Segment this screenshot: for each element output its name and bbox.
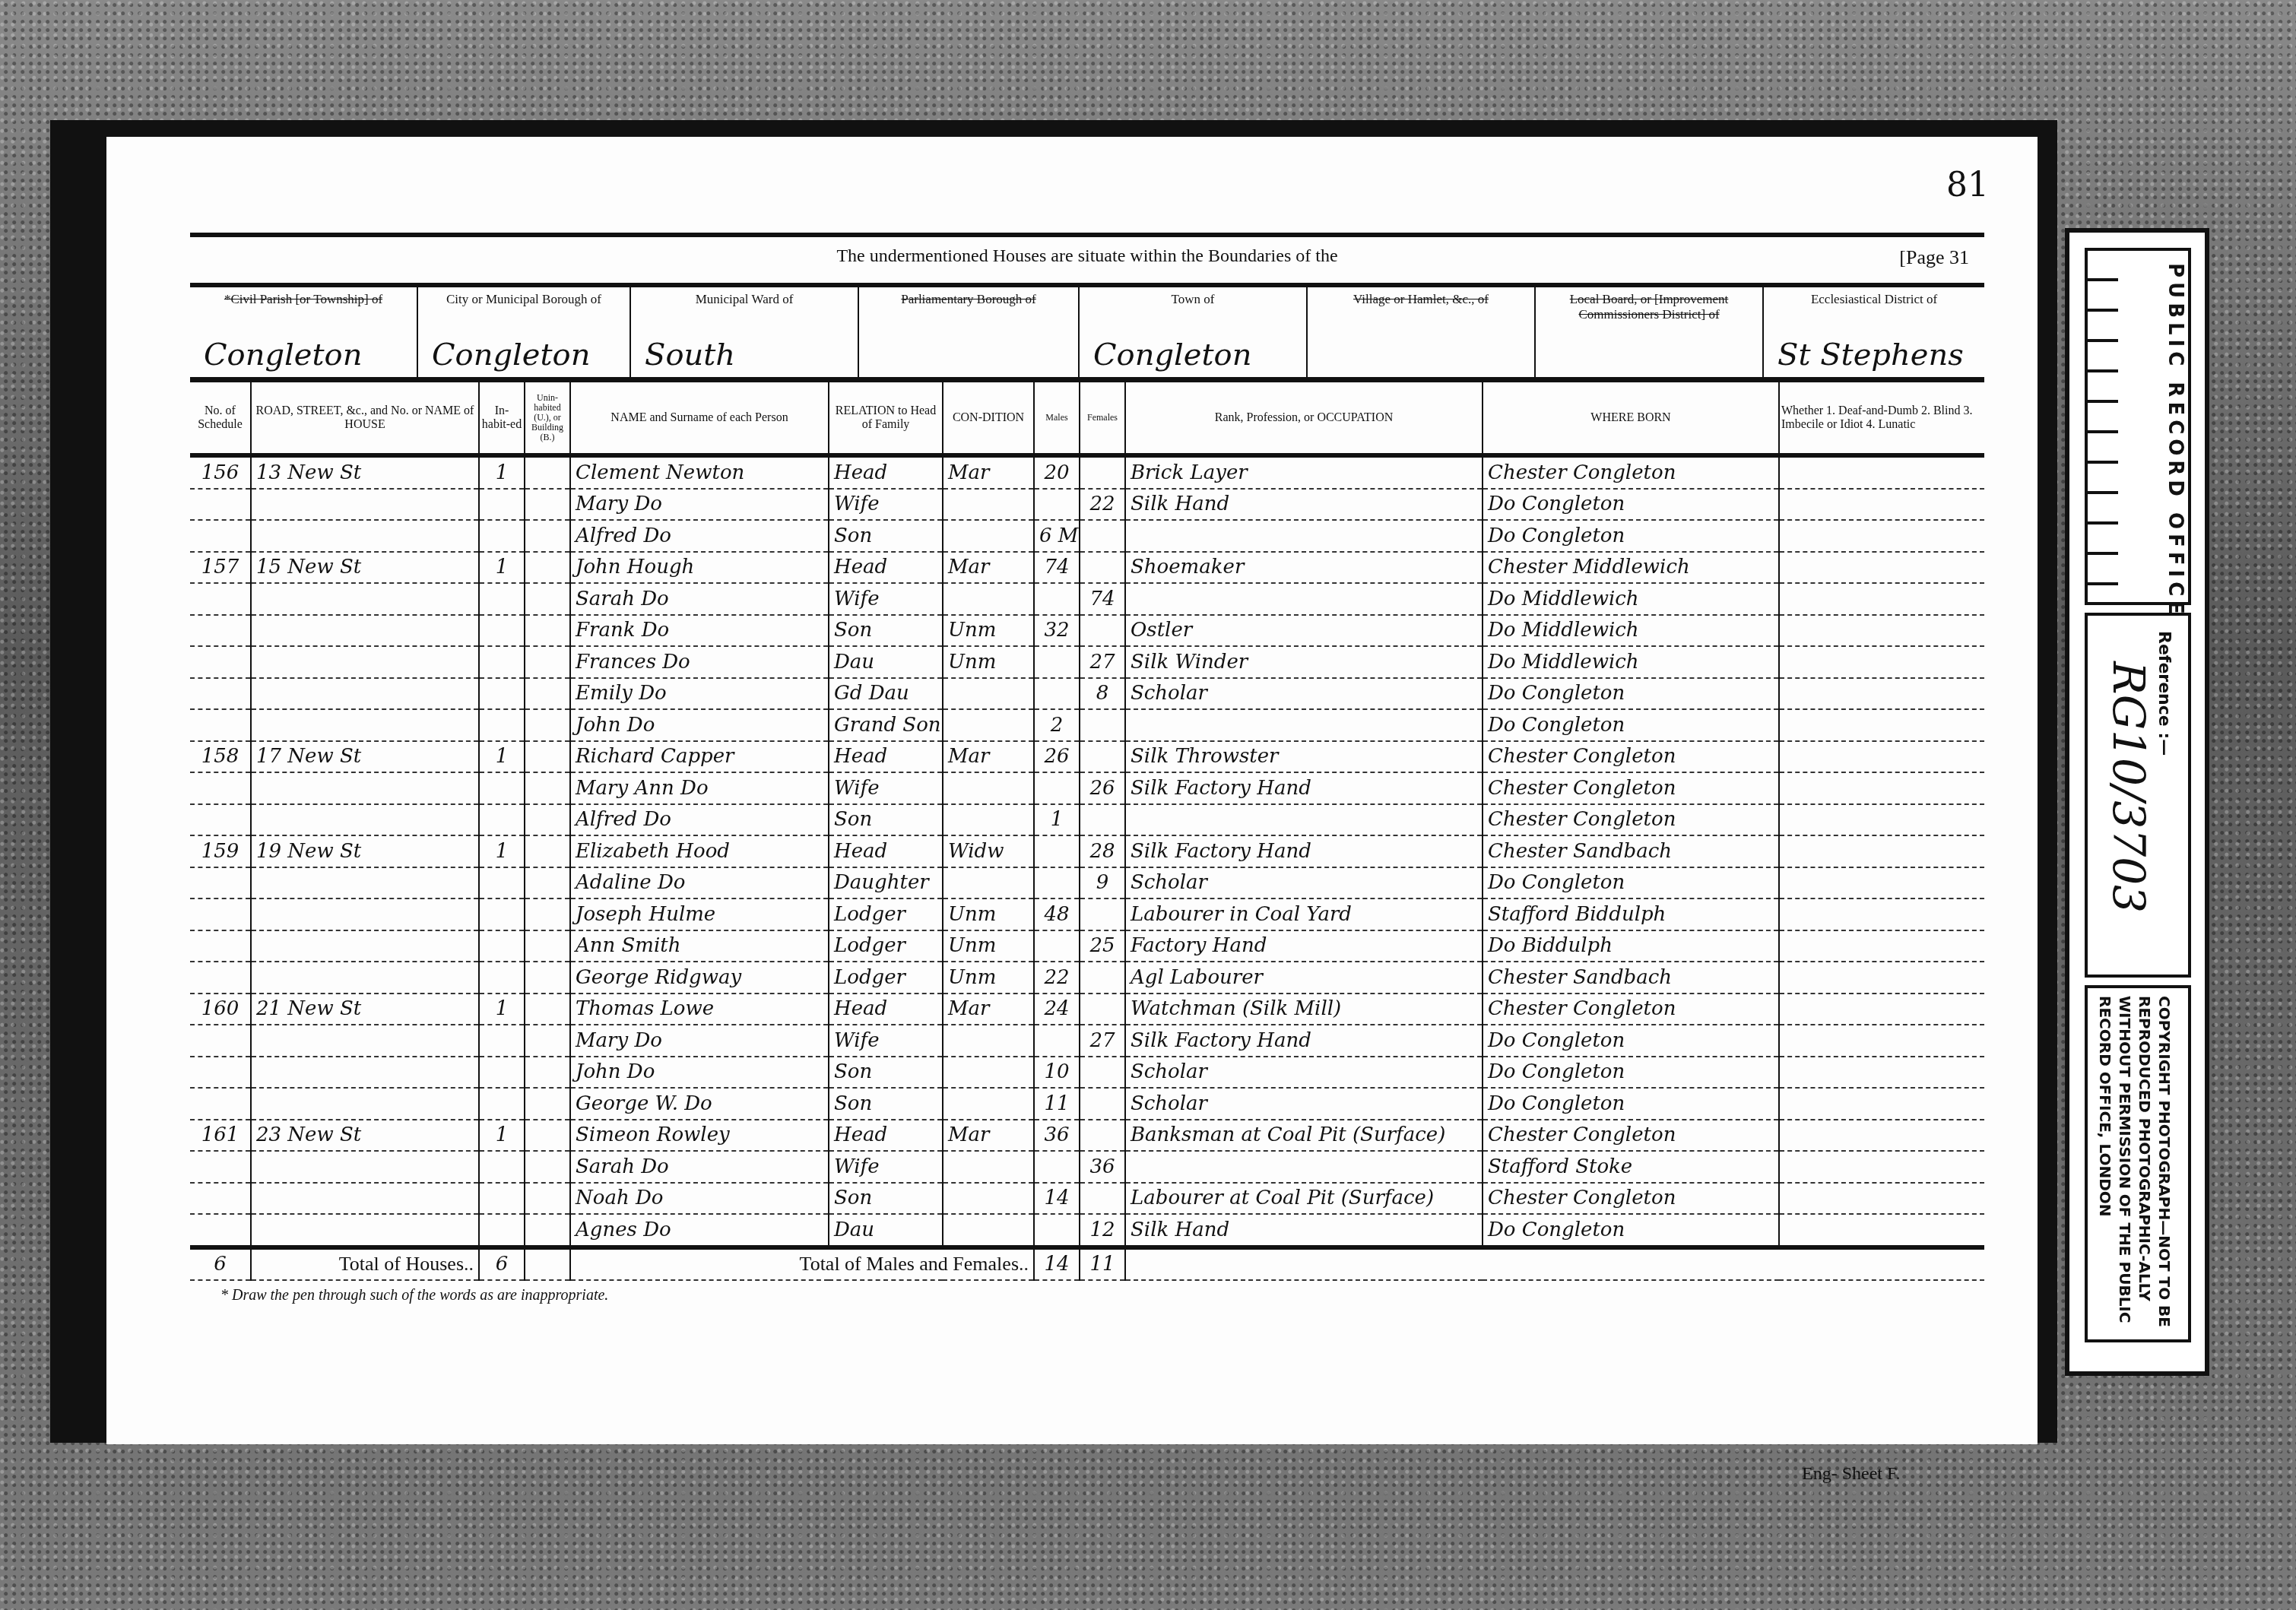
condition bbox=[943, 867, 1034, 899]
relation: Son bbox=[829, 615, 943, 647]
col-where-born: WHERE BORN bbox=[1483, 382, 1779, 455]
condition bbox=[943, 1214, 1034, 1247]
infirmity bbox=[1779, 772, 1984, 804]
female-age: 8 bbox=[1080, 678, 1125, 710]
table-row: 15613 New St1Clement NewtonHeadMar20Bric… bbox=[190, 455, 1984, 489]
birthplace: Do Congleton bbox=[1483, 1025, 1779, 1057]
birthplace: Chester Sandbach bbox=[1483, 962, 1779, 994]
inhabited-mark bbox=[479, 1151, 525, 1183]
copyright-notice: COPYRIGHT PHOTOGRAPH—NOT TO BE REPRODUCE… bbox=[2095, 996, 2174, 1339]
schedule-no bbox=[190, 615, 251, 647]
col-occupation: Rank, Profession, or OCCUPATION bbox=[1125, 382, 1483, 455]
boundary-cell: Village or Hamlet, &c., of bbox=[1308, 287, 1536, 377]
condition bbox=[943, 804, 1034, 836]
inhabited-mark bbox=[479, 709, 525, 741]
person-name: John Do bbox=[570, 709, 829, 741]
road-address bbox=[251, 1088, 479, 1120]
table-row: Alfred DoSon1Chester Congleton bbox=[190, 804, 1984, 836]
schedule-no bbox=[190, 772, 251, 804]
uninhabited-mark bbox=[525, 520, 570, 552]
infirmity bbox=[1779, 930, 1984, 962]
table-row: Emily DoGd Dau8ScholarDo Congleton bbox=[190, 678, 1984, 710]
reference-value: RG10/3703 bbox=[2103, 661, 2155, 913]
infirmity bbox=[1779, 615, 1984, 647]
occupation: Silk Winder bbox=[1125, 646, 1483, 678]
infirmity bbox=[1779, 1088, 1984, 1120]
condition bbox=[943, 1025, 1034, 1057]
male-age bbox=[1034, 1214, 1080, 1247]
road-address bbox=[251, 520, 479, 552]
schedule-no bbox=[190, 1088, 251, 1120]
road-address bbox=[251, 489, 479, 521]
infirmity bbox=[1779, 1120, 1984, 1152]
schedule-no: 159 bbox=[190, 835, 251, 867]
table-row: Noah DoSon14Labourer at Coal Pit (Surfac… bbox=[190, 1183, 1984, 1215]
uninhabited-mark bbox=[525, 1151, 570, 1183]
road-address: 23 New St bbox=[251, 1120, 479, 1152]
condition bbox=[943, 1057, 1034, 1089]
inhabited-mark: 1 bbox=[479, 741, 525, 773]
uninhabited-mark bbox=[525, 804, 570, 836]
birthplace: Do Middlewich bbox=[1483, 583, 1779, 615]
uninhabited-mark bbox=[525, 930, 570, 962]
male-age: 48 bbox=[1034, 898, 1080, 930]
condition: Unm bbox=[943, 930, 1034, 962]
inhabited-mark bbox=[479, 520, 525, 552]
boundary-cell: *Civil Parish [or Township] ofCongleton bbox=[190, 287, 418, 377]
road-address: 19 New St bbox=[251, 835, 479, 867]
male-age: 10 bbox=[1034, 1057, 1080, 1089]
birthplace: Do Congleton bbox=[1483, 709, 1779, 741]
uninhabited-mark bbox=[525, 489, 570, 521]
female-age bbox=[1080, 741, 1125, 773]
male-age bbox=[1034, 1025, 1080, 1057]
condition: Unm bbox=[943, 898, 1034, 930]
relation: Wife bbox=[829, 1025, 943, 1057]
female-age: 22 bbox=[1080, 489, 1125, 521]
person-name: Thomas Lowe bbox=[570, 994, 829, 1025]
schedule-no bbox=[190, 646, 251, 678]
schedule-no: 158 bbox=[190, 741, 251, 773]
reference-box: Reference :— RG10/3703 bbox=[2085, 613, 2191, 978]
inhabited-mark bbox=[479, 1088, 525, 1120]
relation: Wife bbox=[829, 1151, 943, 1183]
female-age bbox=[1080, 552, 1125, 584]
uninhabited-mark bbox=[525, 741, 570, 773]
boundary-cell: Parliamentary Borough of bbox=[859, 287, 1080, 377]
infirmity bbox=[1779, 646, 1984, 678]
birthplace: Do Middlewich bbox=[1483, 615, 1779, 647]
uninhabited-mark bbox=[525, 1088, 570, 1120]
person-name: Sarah Do bbox=[570, 583, 829, 615]
relation: Wife bbox=[829, 489, 943, 521]
person-name: Clement Newton bbox=[570, 455, 829, 489]
relation: Head bbox=[829, 455, 943, 489]
table-row: Frank DoSonUnm32OstlerDo Middlewich bbox=[190, 615, 1984, 647]
table-row: Ann SmithLodgerUnm25Factory HandDo Biddu… bbox=[190, 930, 1984, 962]
inhabited-mark: 1 bbox=[479, 552, 525, 584]
total-males: 14 bbox=[1034, 1247, 1080, 1281]
total-persons-label: Total of Males and Females.. bbox=[570, 1247, 1034, 1281]
female-age bbox=[1080, 1183, 1125, 1215]
occupation: Scholar bbox=[1125, 1088, 1483, 1120]
inhabited-mark bbox=[479, 646, 525, 678]
relation: Son bbox=[829, 520, 943, 552]
person-name: Alfred Do bbox=[570, 520, 829, 552]
census-table: No. of Schedule ROAD, STREET, &c., and N… bbox=[190, 382, 1984, 1281]
birthplace: Do Congleton bbox=[1483, 867, 1779, 899]
uninhabited-mark bbox=[525, 835, 570, 867]
relation: Son bbox=[829, 1183, 943, 1215]
female-age bbox=[1080, 615, 1125, 647]
birthplace: Do Middlewich bbox=[1483, 646, 1779, 678]
condition bbox=[943, 583, 1034, 615]
female-age bbox=[1080, 1120, 1125, 1152]
road-address: 21 New St bbox=[251, 994, 479, 1025]
birthplace: Stafford Biddulph bbox=[1483, 898, 1779, 930]
female-age bbox=[1080, 994, 1125, 1025]
inhabited-mark bbox=[479, 1057, 525, 1089]
table-row: George W. DoSon11ScholarDo Congleton bbox=[190, 1088, 1984, 1120]
relation: Son bbox=[829, 1088, 943, 1120]
inhabited-mark: 1 bbox=[479, 455, 525, 489]
birthplace: Chester Congleton bbox=[1483, 741, 1779, 773]
female-age: 28 bbox=[1080, 835, 1125, 867]
person-name: Sarah Do bbox=[570, 1151, 829, 1183]
road-address bbox=[251, 678, 479, 710]
condition bbox=[943, 1151, 1034, 1183]
relation: Dau bbox=[829, 1214, 943, 1247]
condition bbox=[943, 1088, 1034, 1120]
table-row: Agnes DoDau12Silk HandDo Congleton bbox=[190, 1214, 1984, 1247]
infirmity bbox=[1779, 520, 1984, 552]
table-row: Alfred DoSon6 MosDo Congleton bbox=[190, 520, 1984, 552]
female-age bbox=[1080, 520, 1125, 552]
road-address bbox=[251, 772, 479, 804]
road-address bbox=[251, 1183, 479, 1215]
condition bbox=[943, 1183, 1034, 1215]
birthplace: Do Biddulph bbox=[1483, 930, 1779, 962]
inhabited-mark: 1 bbox=[479, 1120, 525, 1152]
footnote: * Draw the pen through such of the words… bbox=[220, 1287, 1984, 1304]
male-age bbox=[1034, 646, 1080, 678]
inhabited-mark bbox=[479, 1025, 525, 1057]
uninhabited-mark bbox=[525, 1183, 570, 1215]
male-age bbox=[1034, 583, 1080, 615]
male-age: 24 bbox=[1034, 994, 1080, 1025]
birthplace: Do Congleton bbox=[1483, 678, 1779, 710]
schedule-no bbox=[190, 867, 251, 899]
birthplace: Stafford Stoke bbox=[1483, 1151, 1779, 1183]
record-office-slip: PUBLIC RECORD OFFICE Reference :— RG10/3… bbox=[2065, 228, 2209, 1376]
road-address bbox=[251, 1057, 479, 1089]
birthplace: Do Congleton bbox=[1483, 520, 1779, 552]
relation: Head bbox=[829, 741, 943, 773]
table-row: 16021 New St1Thomas LoweHeadMar24Watchma… bbox=[190, 994, 1984, 1025]
female-age bbox=[1080, 804, 1125, 836]
schedule-no bbox=[190, 898, 251, 930]
person-name: Elizabeth Hood bbox=[570, 835, 829, 867]
schedule-no bbox=[190, 1214, 251, 1247]
occupation: Agl Labourer bbox=[1125, 962, 1483, 994]
road-address bbox=[251, 962, 479, 994]
male-age: 11 bbox=[1034, 1088, 1080, 1120]
infirmity bbox=[1779, 709, 1984, 741]
boundary-label: Municipal Ward of bbox=[634, 292, 855, 307]
uninhabited-mark bbox=[525, 646, 570, 678]
total-females: 11 bbox=[1080, 1247, 1125, 1281]
birthplace: Do Congleton bbox=[1483, 1088, 1779, 1120]
inhabited-mark bbox=[479, 867, 525, 899]
relation: Son bbox=[829, 1057, 943, 1089]
relation: Daughter bbox=[829, 867, 943, 899]
condition bbox=[943, 772, 1034, 804]
female-age: 27 bbox=[1080, 646, 1125, 678]
person-name: Emily Do bbox=[570, 678, 829, 710]
infirmity bbox=[1779, 583, 1984, 615]
uninhabited-mark bbox=[525, 962, 570, 994]
condition bbox=[943, 678, 1034, 710]
infirmity bbox=[1779, 962, 1984, 994]
table-row: 15817 New St1Richard CapperHeadMar26Silk… bbox=[190, 741, 1984, 773]
table-row: Sarah DoWife36Stafford Stoke bbox=[190, 1151, 1984, 1183]
occupation: Scholar bbox=[1125, 867, 1483, 899]
col-infirmity: Whether 1. Deaf-and-Dumb 2. Blind 3. Imb… bbox=[1779, 382, 1984, 455]
female-age: 26 bbox=[1080, 772, 1125, 804]
occupation: Scholar bbox=[1125, 1057, 1483, 1089]
infirmity bbox=[1779, 1151, 1984, 1183]
relation: Lodger bbox=[829, 962, 943, 994]
condition: Unm bbox=[943, 615, 1034, 647]
infirmity bbox=[1779, 867, 1984, 899]
person-name: Joseph Hulme bbox=[570, 898, 829, 930]
road-address bbox=[251, 583, 479, 615]
occupation: Silk Factory Hand bbox=[1125, 835, 1483, 867]
uninhabited-mark bbox=[525, 1120, 570, 1152]
road-address bbox=[251, 615, 479, 647]
col-females: Females bbox=[1080, 382, 1125, 455]
female-age bbox=[1080, 1088, 1125, 1120]
schedule-no bbox=[190, 489, 251, 521]
schedule-no bbox=[190, 520, 251, 552]
male-age bbox=[1034, 835, 1080, 867]
boundary-label: Village or Hamlet, &c., of bbox=[1311, 292, 1531, 307]
road-address: 17 New St bbox=[251, 741, 479, 773]
uninhabited-mark bbox=[525, 615, 570, 647]
uninhabited-mark bbox=[525, 583, 570, 615]
inhabited-mark bbox=[479, 1183, 525, 1215]
person-name: John Hough bbox=[570, 552, 829, 584]
condition: Unm bbox=[943, 646, 1034, 678]
col-schedule: No. of Schedule bbox=[190, 382, 251, 455]
road-address bbox=[251, 646, 479, 678]
relation: Head bbox=[829, 835, 943, 867]
occupation bbox=[1125, 1151, 1483, 1183]
inhabited-mark bbox=[479, 898, 525, 930]
occupation: Silk Hand bbox=[1125, 489, 1483, 521]
condition: Mar bbox=[943, 994, 1034, 1025]
infirmity bbox=[1779, 1057, 1984, 1089]
table-row: Adaline DoDaughter9ScholarDo Congleton bbox=[190, 867, 1984, 899]
col-name: NAME and Surname of each Person bbox=[570, 382, 829, 455]
table-row: Mary DoWife27Silk Factory HandDo Conglet… bbox=[190, 1025, 1984, 1057]
condition: Mar bbox=[943, 1120, 1034, 1152]
schedule-no bbox=[190, 804, 251, 836]
birthplace: Chester Sandbach bbox=[1483, 835, 1779, 867]
inhabited-mark bbox=[479, 962, 525, 994]
person-name: George Ridgway bbox=[570, 962, 829, 994]
male-age bbox=[1034, 1151, 1080, 1183]
condition: Unm bbox=[943, 962, 1034, 994]
census-sheet: The undermentioned Houses are situate wi… bbox=[190, 233, 1984, 1304]
inhabited-mark bbox=[479, 804, 525, 836]
boundary-label: Ecclesiastical District of bbox=[1767, 292, 1981, 307]
male-age: 6 Mos bbox=[1034, 520, 1080, 552]
female-age: 27 bbox=[1080, 1025, 1125, 1057]
relation: Wife bbox=[829, 583, 943, 615]
person-name: Simeon Rowley bbox=[570, 1120, 829, 1152]
reference-label: Reference :— bbox=[2155, 631, 2174, 756]
occupation: Silk Throwster bbox=[1125, 741, 1483, 773]
uninhabited-mark bbox=[525, 1057, 570, 1089]
boundary-label: *Civil Parish [or Township] of bbox=[193, 292, 414, 307]
page-stamp: 81 bbox=[1946, 166, 1989, 204]
col-condition: CON-DITION bbox=[943, 382, 1034, 455]
occupation: Silk Factory Hand bbox=[1125, 772, 1483, 804]
table-row: George RidgwayLodgerUnm22Agl LabourerChe… bbox=[190, 962, 1984, 994]
total-schedules: 6 bbox=[190, 1247, 251, 1281]
uninhabited-mark bbox=[525, 678, 570, 710]
schedule-no bbox=[190, 930, 251, 962]
female-age bbox=[1080, 962, 1125, 994]
schedule-no bbox=[190, 678, 251, 710]
female-age bbox=[1080, 455, 1125, 489]
boundary-value: St Stephens bbox=[1777, 338, 1964, 372]
boundary-value: Congleton bbox=[204, 338, 362, 372]
occupation: Banksman at Coal Pit (Surface) bbox=[1125, 1120, 1483, 1152]
table-row: 16123 New St1Simeon RowleyHeadMar36Banks… bbox=[190, 1120, 1984, 1152]
road-address bbox=[251, 930, 479, 962]
infirmity bbox=[1779, 1025, 1984, 1057]
schedule-no: 161 bbox=[190, 1120, 251, 1152]
boundaries-row: *Civil Parish [or Township] ofCongletonC… bbox=[190, 287, 1984, 382]
occupation: Scholar bbox=[1125, 678, 1483, 710]
occupation bbox=[1125, 804, 1483, 836]
male-age bbox=[1034, 678, 1080, 710]
relation: Son bbox=[829, 804, 943, 836]
total-houses-inhabited: 6 bbox=[479, 1247, 525, 1281]
road-address bbox=[251, 709, 479, 741]
occupation bbox=[1125, 520, 1483, 552]
relation: Head bbox=[829, 994, 943, 1025]
male-age bbox=[1034, 489, 1080, 521]
birthplace: Do Congleton bbox=[1483, 489, 1779, 521]
infirmity bbox=[1779, 455, 1984, 489]
schedule-no bbox=[190, 1057, 251, 1089]
relation: Wife bbox=[829, 772, 943, 804]
person-name: George W. Do bbox=[570, 1088, 829, 1120]
uninhabited-mark bbox=[525, 898, 570, 930]
person-name: Mary Do bbox=[570, 489, 829, 521]
table-row: Mary DoWife22Silk HandDo Congleton bbox=[190, 489, 1984, 521]
occupation: Silk Factory Hand bbox=[1125, 1025, 1483, 1057]
table-row: 15919 New St1Elizabeth HoodHeadWidw28Sil… bbox=[190, 835, 1984, 867]
condition: Widw bbox=[943, 835, 1034, 867]
male-age: 1 bbox=[1034, 804, 1080, 836]
person-name: Ann Smith bbox=[570, 930, 829, 962]
table-row: John DoGrand Son2Do Congleton bbox=[190, 709, 1984, 741]
occupation: Labourer in Coal Yard bbox=[1125, 898, 1483, 930]
inhabited-mark bbox=[479, 930, 525, 962]
birthplace: Chester Congleton bbox=[1483, 1120, 1779, 1152]
boundary-label: City or Municipal Borough of bbox=[421, 292, 626, 307]
table-row: 15715 New St1John HoughHeadMar74Shoemake… bbox=[190, 552, 1984, 584]
relation: Lodger bbox=[829, 930, 943, 962]
infirmity bbox=[1779, 1183, 1984, 1215]
infirmity bbox=[1779, 994, 1984, 1025]
male-age: 36 bbox=[1034, 1120, 1080, 1152]
person-name: Alfred Do bbox=[570, 804, 829, 836]
copyright-box: COPYRIGHT PHOTOGRAPH—NOT TO BE REPRODUCE… bbox=[2085, 985, 2191, 1342]
table-row: John DoSon10ScholarDo Congleton bbox=[190, 1057, 1984, 1089]
schedule-no bbox=[190, 1025, 251, 1057]
relation: Lodger bbox=[829, 898, 943, 930]
schedule-no bbox=[190, 962, 251, 994]
person-name: Richard Capper bbox=[570, 741, 829, 773]
schedule-no bbox=[190, 709, 251, 741]
sheet-title: The undermentioned Houses are situate wi… bbox=[190, 246, 1984, 267]
birthplace: Do Congleton bbox=[1483, 1057, 1779, 1089]
male-age bbox=[1034, 772, 1080, 804]
person-name: Adaline Do bbox=[570, 867, 829, 899]
road-address: 13 New St bbox=[251, 455, 479, 489]
condition bbox=[943, 520, 1034, 552]
male-age: 20 bbox=[1034, 455, 1080, 489]
table-row: Sarah DoWife74Do Middlewich bbox=[190, 583, 1984, 615]
col-uninhabited: Unin-habited (U.), or Building (B.) bbox=[525, 382, 570, 455]
schedule-no bbox=[190, 1151, 251, 1183]
occupation bbox=[1125, 583, 1483, 615]
inhabited-mark bbox=[479, 678, 525, 710]
person-name: Mary Do bbox=[570, 1025, 829, 1057]
female-age: 36 bbox=[1080, 1151, 1125, 1183]
road-address bbox=[251, 1151, 479, 1183]
col-road: ROAD, STREET, &c., and No. or NAME of HO… bbox=[251, 382, 479, 455]
occupation: Silk Hand bbox=[1125, 1214, 1483, 1247]
inhabited-mark bbox=[479, 615, 525, 647]
occupation: Labourer at Coal Pit (Surface) bbox=[1125, 1183, 1483, 1215]
infirmity bbox=[1779, 552, 1984, 584]
inhabited-mark: 1 bbox=[479, 835, 525, 867]
birthplace: Chester Congleton bbox=[1483, 804, 1779, 836]
birthplace: Chester Congleton bbox=[1483, 1183, 1779, 1215]
infirmity bbox=[1779, 489, 1984, 521]
relation: Head bbox=[829, 1120, 943, 1152]
birthplace: Chester Congleton bbox=[1483, 772, 1779, 804]
table-row: Frances DoDauUnm27Silk WinderDo Middlewi… bbox=[190, 646, 1984, 678]
occupation: Brick Layer bbox=[1125, 455, 1483, 489]
male-age: 74 bbox=[1034, 552, 1080, 584]
female-age bbox=[1080, 1057, 1125, 1089]
occupation: Shoemaker bbox=[1125, 552, 1483, 584]
totals-row: 6 Total of Houses.. 6 Total of Males and… bbox=[190, 1247, 1984, 1281]
male-age: 14 bbox=[1034, 1183, 1080, 1215]
inhabited-mark bbox=[479, 772, 525, 804]
road-address bbox=[251, 804, 479, 836]
office-name: PUBLIC RECORD OFFICE bbox=[2164, 263, 2187, 619]
road-address bbox=[251, 898, 479, 930]
relation: Dau bbox=[829, 646, 943, 678]
